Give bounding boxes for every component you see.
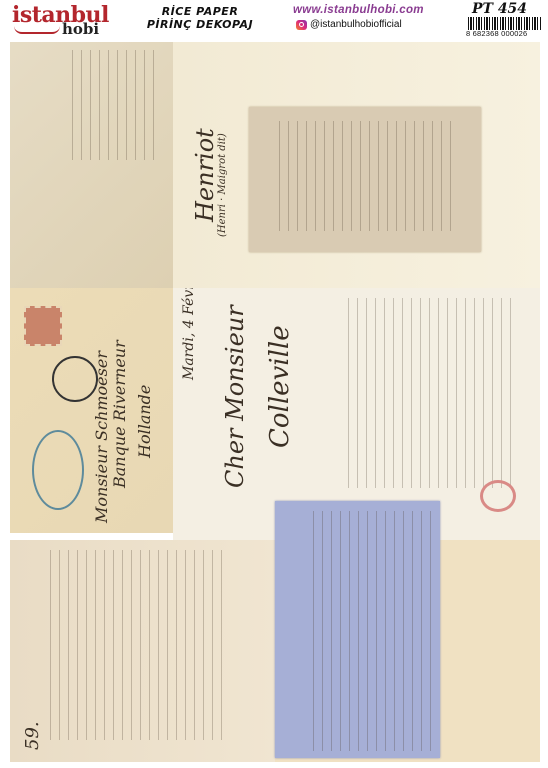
red-seal-icon: [480, 480, 516, 512]
handwriting-lines: [313, 511, 433, 751]
brand-subname: hobi: [62, 20, 99, 38]
letter-bottom-left: 59.: [10, 540, 275, 762]
brand-logo: istanbul hobi: [12, 2, 102, 40]
product-title-line1: RİCE PAPER: [140, 5, 260, 18]
postage-stamp-icon: [24, 306, 62, 346]
handwriting-lines: [279, 121, 459, 231]
envelope: Monsieur Schmoeser Banque Riverneur Holl…: [10, 288, 173, 533]
logo-swoosh-icon: [14, 26, 60, 34]
letter-number: 59.: [22, 721, 43, 750]
envelope-address-1: Monsieur Schmoeser: [92, 351, 111, 523]
letter-top-left: [10, 42, 173, 288]
handwriting-lines: [348, 298, 513, 488]
website-link[interactable]: www.istanbulhobi.com: [293, 4, 424, 16]
instagram-handle[interactable]: @istanbulhobiofficial: [296, 19, 402, 30]
colleville-date: Mardi, 4 Février: [181, 288, 197, 380]
handwriting-lines: [72, 50, 162, 160]
henriot-note-card: [249, 107, 481, 252]
handwriting-lines: [50, 550, 230, 740]
instagram-text: @istanbulhobiofficial: [310, 19, 402, 30]
letter-henriot: Henriot (Henri · Maigrot dit): [173, 42, 540, 288]
henriot-heading: Henriot: [191, 128, 219, 222]
envelope-address-3: Hollande: [135, 385, 154, 458]
oval-stamp-icon: [32, 430, 84, 510]
barcode-number: 8 682368 000026: [466, 29, 527, 38]
product-title-line2: PİRİNÇ DEKOPAJ: [140, 18, 260, 31]
instagram-icon: [296, 20, 307, 30]
henriot-subheading: (Henri · Maigrot dit): [217, 133, 228, 237]
colleville-name: Colleville: [265, 325, 295, 448]
envelope-address-2: Banque Riverneur: [110, 340, 129, 488]
product-code: PT 454: [472, 1, 527, 17]
blue-letter: [275, 501, 440, 758]
colleville-salutation: Cher Monsieur: [221, 305, 249, 488]
product-title: RİCE PAPER PİRİNÇ DEKOPAJ: [140, 5, 260, 31]
product-header: istanbul hobi RİCE PAPER PİRİNÇ DEKOPAJ …: [0, 0, 548, 40]
